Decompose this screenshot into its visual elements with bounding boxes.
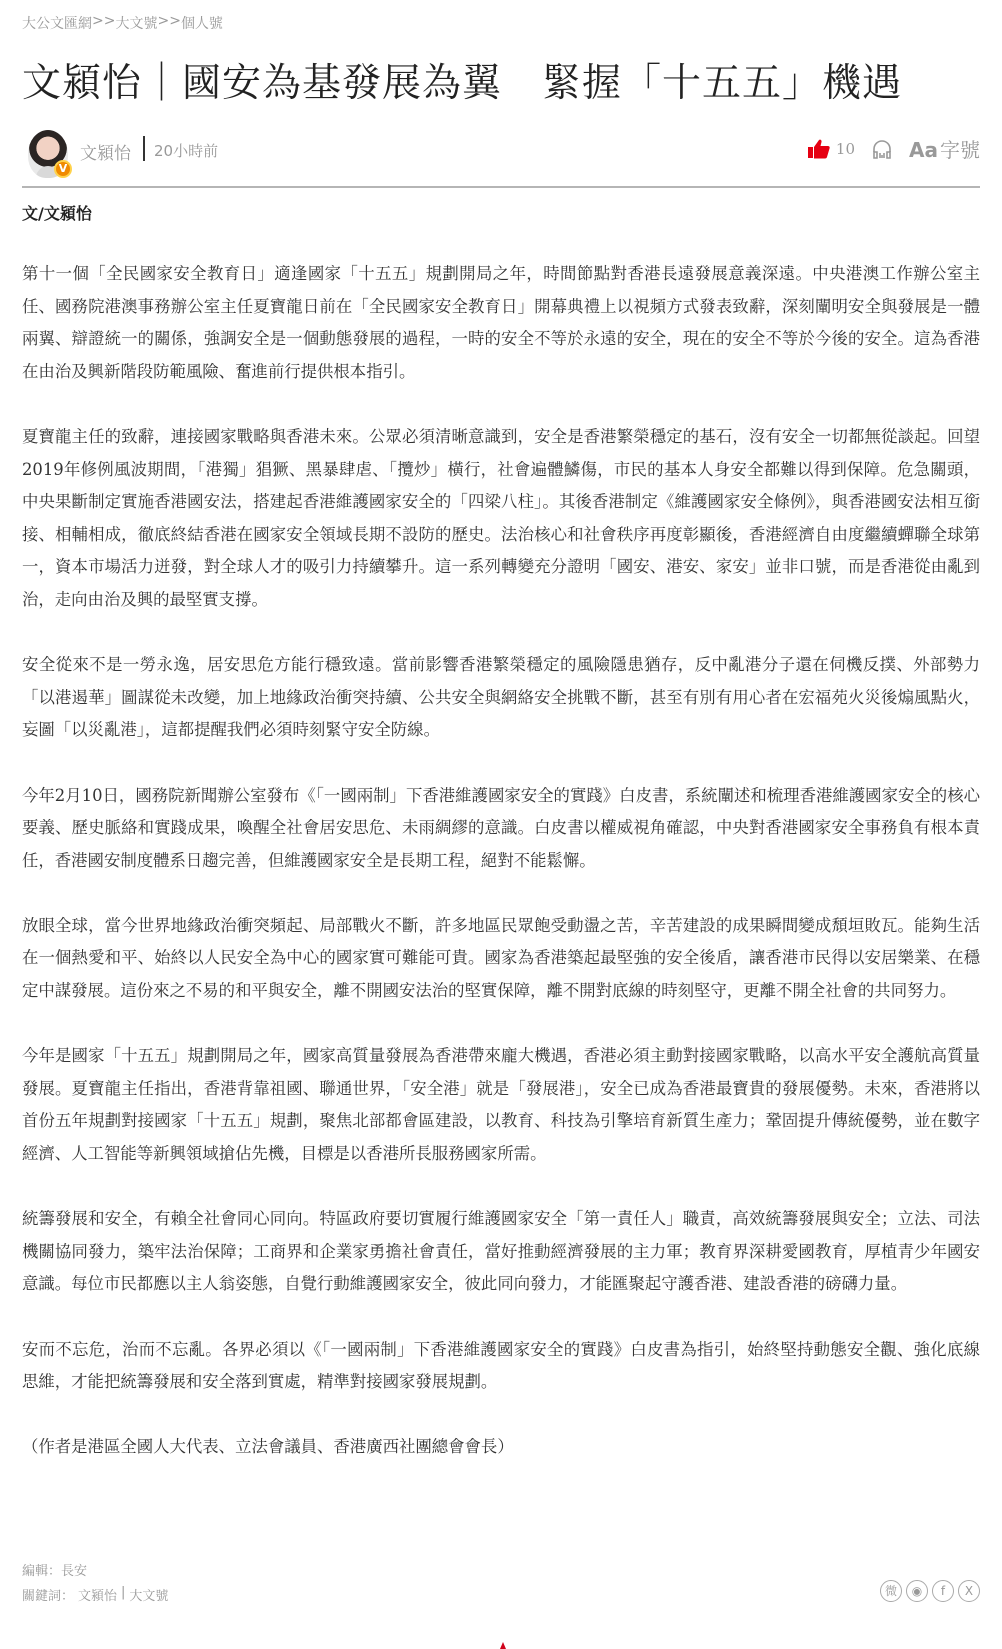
editor-line: 編輯：長安 xyxy=(22,1560,87,1579)
facebook-icon[interactable]: f xyxy=(932,1580,954,1602)
share-buttons: 微 ◉ f X xyxy=(880,1580,980,1602)
paragraph: 夏寶龍主任的致辭，連接國家戰略與香港未來。公眾必須清晰意識到，安全是香港繁榮穩定… xyxy=(22,421,980,617)
paragraph: 安而不忘危，治而不忘亂。各界必須以《「一國兩制」下香港維護國家安全的實踐》白皮書… xyxy=(22,1334,980,1399)
breadcrumb-separator: >> xyxy=(92,13,115,33)
paragraph: 安全從來不是一勞永逸，居安思危方能行穩致遠。當前影響香港繁榮穩定的風險隱患猶存，… xyxy=(22,649,980,747)
breadcrumb-separator: >> xyxy=(157,13,180,33)
article-footer: 編輯：長安 關鍵詞： 文潁怡 | 大文號 微 ◉ f X xyxy=(22,1560,980,1610)
verified-badge-icon: V xyxy=(54,160,72,178)
breadcrumb-item-personal[interactable]: 個人號 xyxy=(181,13,223,33)
breadcrumb-item-dawen[interactable]: 大文號 xyxy=(115,13,157,33)
breadcrumb-item-home[interactable]: 大公文匯網 xyxy=(22,13,92,33)
paragraph: 第十一個「全民國家安全教育日」適逢國家「十五五」規劃開局之年，時間節點對香港長遠… xyxy=(22,258,980,388)
paragraph: 今年2月10日，國務院新聞辦公室發布《「一國兩制」下香港維護國家安全的實踐》白皮… xyxy=(22,780,980,878)
paragraph: 統籌發展和安全，有賴全社會同心同向。特區政府要切實履行維護國家安全「第一責任人」… xyxy=(22,1203,980,1301)
keyword-link[interactable]: 文潁怡 xyxy=(78,1585,117,1604)
author-note: （作者是港區全國人大代表、立法會議員、香港廣西社團總會會長） xyxy=(22,1431,980,1464)
back-to-top-icon[interactable] xyxy=(500,1642,506,1649)
font-size-aa: Aa xyxy=(909,138,938,162)
editor-label: 編輯： xyxy=(22,1564,61,1579)
paragraph: 放眼全球，當今世界地緣政治衝突頻起、局部戰火不斷，許多地區民眾飽受動盪之苦，辛苦… xyxy=(22,910,980,1008)
article-tools: 10 Aa 字號 xyxy=(808,134,980,163)
keywords-line: 關鍵詞： 文潁怡 | 大文號 xyxy=(22,1585,168,1604)
font-size-button[interactable]: Aa 字號 xyxy=(909,134,980,163)
article-body: 第十一個「全民國家安全教育日」適逢國家「十五五」規劃開局之年，時間節點對香港長遠… xyxy=(22,258,980,1497)
x-icon[interactable]: X xyxy=(958,1580,980,1602)
meta-divider xyxy=(143,136,145,161)
keywords-label: 關鍵詞： xyxy=(22,1585,74,1604)
font-size-label: 字號 xyxy=(940,134,980,163)
like-count: 10 xyxy=(836,140,855,158)
paragraph: 今年是國家「十五五」規劃開局之年，國家高質量發展為香港帶來龐大機遇，香港必須主動… xyxy=(22,1040,980,1170)
headphones-icon[interactable] xyxy=(871,138,893,160)
article-meta: V 文潁怡 20小時前 10 Aa 字號 xyxy=(22,128,980,186)
byline: 文/文潁怡 xyxy=(22,201,92,224)
keyword-link[interactable]: 大文號 xyxy=(129,1585,168,1604)
author-name[interactable]: 文潁怡 xyxy=(80,139,131,164)
page-title: 文潁怡｜國安為基發展為翼 緊握「十五五」機遇 xyxy=(22,52,980,108)
editor-name: 長安 xyxy=(61,1564,87,1579)
weibo-icon[interactable]: 微 xyxy=(880,1580,902,1602)
wechat-icon[interactable]: ◉ xyxy=(906,1580,928,1602)
thumbs-up-icon[interactable] xyxy=(808,139,830,159)
meta-divider-line xyxy=(22,186,980,188)
publish-time: 20小時前 xyxy=(154,140,218,161)
breadcrumb: 大公文匯網 >> 大文號 >> 個人號 xyxy=(22,13,223,33)
keyword-separator: | xyxy=(121,1585,125,1604)
